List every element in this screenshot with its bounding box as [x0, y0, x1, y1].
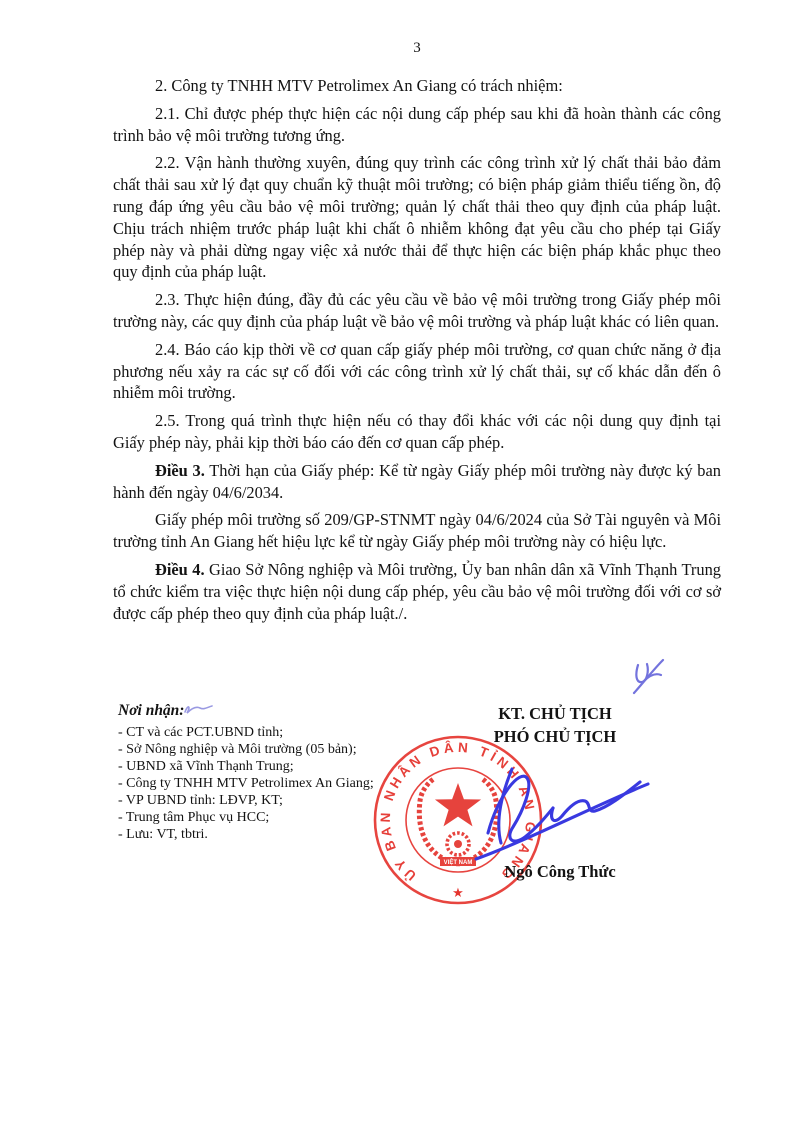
page-number: 3	[113, 40, 721, 57]
paragraph-2-3: 2.3. Thực hiện đúng, đầy đủ các yêu cầu …	[113, 289, 721, 333]
signature-icon	[468, 753, 656, 865]
paragraph-dieu-4: Điều 4. Giao Sở Nông nghiệp và Môi trườn…	[113, 559, 721, 624]
document-body: 3 2. Công ty TNHH MTV Petrolimex An Gian…	[113, 40, 721, 630]
seal-star-icon: ★	[452, 885, 464, 900]
document-page: 3 2. Công ty TNHH MTV Petrolimex An Gian…	[0, 0, 794, 1123]
paragraph-permit-expiry: Giấy phép môi trường số 209/GP-STNMT ngà…	[113, 509, 721, 553]
paragraph-2-1: 2.1. Chỉ được phép thực hiện các nội dun…	[113, 103, 721, 147]
paraph-mark-icon	[630, 653, 668, 699]
signer-name: Ngô Công Thức	[460, 862, 660, 882]
paragraph-dieu-3: Điều 3. Thời hạn của Giấy phép: Kể từ ng…	[113, 460, 721, 504]
paragraph-2-2: 2.2. Vận hành thường xuyên, đúng quy trì…	[113, 152, 721, 283]
paragraph-2-5: 2.5. Trong quá trình thực hiện nếu có th…	[113, 410, 721, 454]
approver-title-line1: KT. CHỦ TỊCH	[440, 702, 670, 725]
paragraph-2-4: 2.4. Báo cáo kịp thời về cơ quan cấp giấ…	[113, 339, 721, 404]
paraph-small-icon	[182, 700, 214, 718]
recipients-title: Nơi nhận:	[118, 702, 418, 720]
paragraph-item-2: 2. Công ty TNHH MTV Petrolimex An Giang …	[113, 75, 721, 97]
